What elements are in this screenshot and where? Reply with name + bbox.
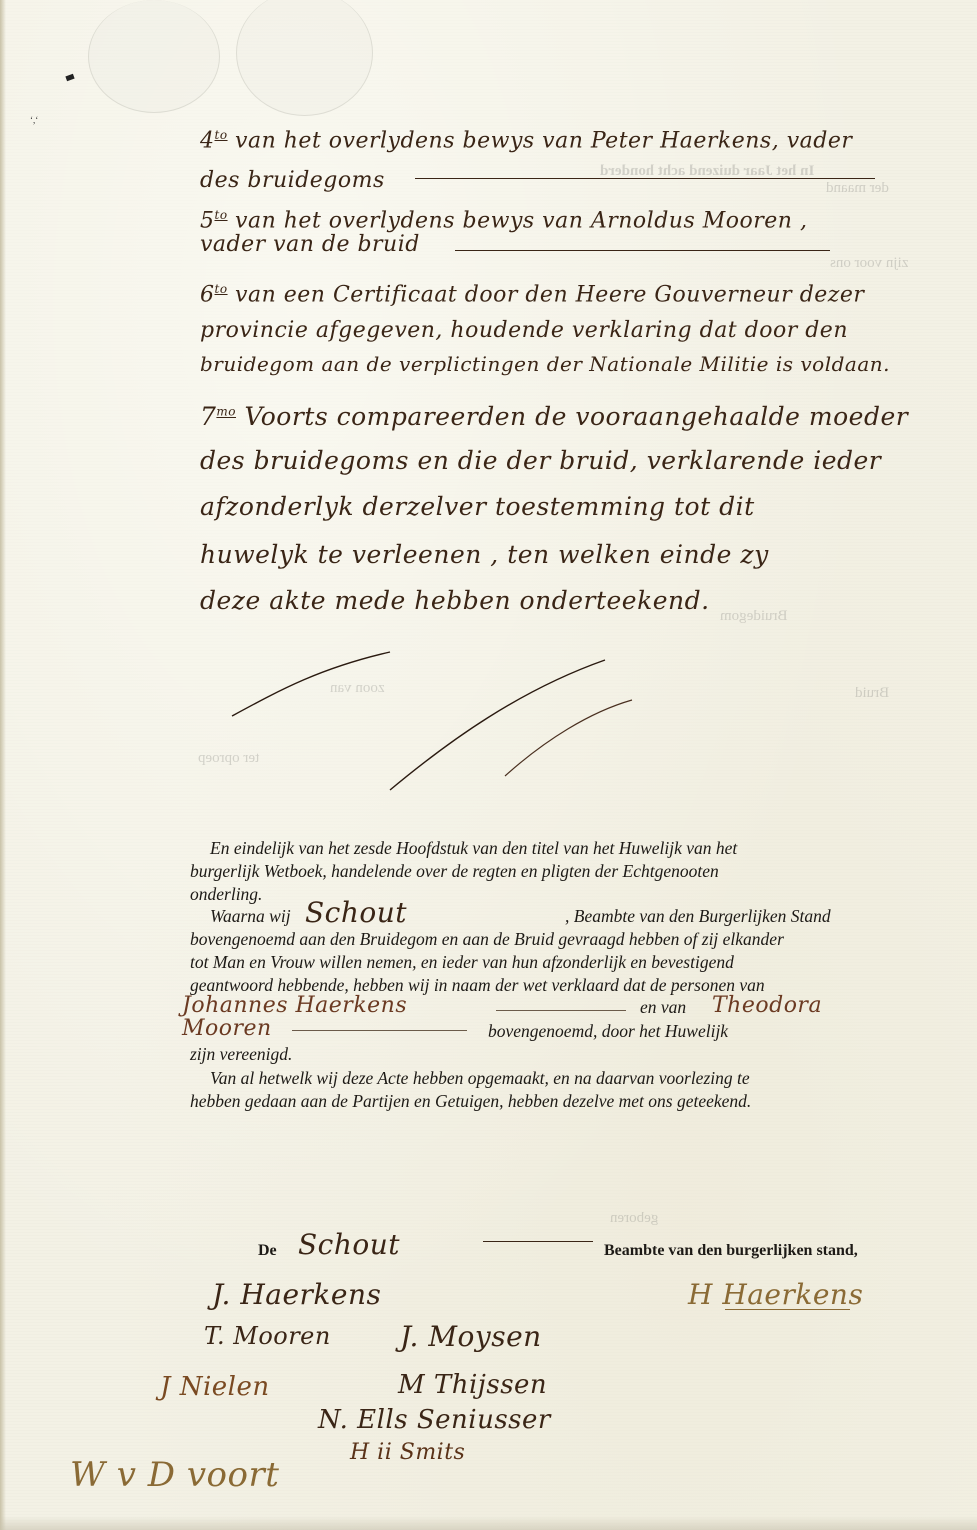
printed-line: onderling. (190, 884, 262, 905)
printed-line: bovengenoemd, door het Huwelijk (488, 1021, 728, 1042)
printed-line: hebben gedaan aan de Partijen en Getuige… (190, 1091, 751, 1112)
printed-line: Waarna wij (210, 906, 291, 927)
signature-m-thijssen: M Thijssen (398, 1370, 547, 1400)
signature-w-v-d-voort: W v D voort (70, 1455, 279, 1495)
signature-h-smits: H ii Smits (350, 1440, 465, 1465)
sig-de: De (258, 1242, 277, 1260)
sig-beambte: Beambte van den burgerlijken stand, (604, 1242, 858, 1260)
signature-n-ells: N. Ells Seniusser (318, 1405, 551, 1435)
fill-line (483, 1241, 593, 1242)
printed-line: Van al hetwelk wij deze Acte hebben opge… (210, 1068, 750, 1089)
printed-line: zijn vereenigd. (190, 1044, 292, 1065)
ghost-text: geboren (610, 1210, 658, 1227)
bride-first-name: Theodora (712, 993, 822, 1018)
fill-line (292, 1030, 467, 1031)
signature-flourish (725, 1309, 850, 1310)
official-title-handwritten: Schout (298, 1228, 400, 1261)
printed-line: burgerlijk Wetboek, handelende over de r… (190, 861, 719, 882)
bride-last-name: Mooren (182, 1016, 272, 1041)
signature-h-haerkens: H Haerkens (688, 1278, 863, 1311)
signature-j-moysen: J. Moysen (400, 1320, 542, 1353)
groom-name: Johannes Haerkens (182, 993, 407, 1018)
signature-j-haerkens: J. Haerkens (212, 1278, 381, 1311)
page-bottom-edge (0, 1516, 977, 1530)
document-page: ʻ,ʻ In het Jaar duizend acht honderd der… (0, 0, 977, 1530)
printed-en-van: en van (640, 997, 686, 1018)
filled-official-title: Schout (305, 896, 407, 929)
printed-line: tot Man en Vrouw willen nemen, en ieder … (190, 952, 734, 973)
signature-t-mooren: T. Mooren (204, 1322, 331, 1350)
cancel-strokes (0, 0, 977, 860)
fill-line (496, 1010, 626, 1011)
printed-line: bovengenoemd aan den Bruidegom en aan de… (190, 929, 784, 950)
signature-j-nielen: J Nielen (160, 1372, 270, 1402)
printed-line: , Beambte van den Burgerlijken Stand (565, 906, 831, 927)
printed-line: En eindelijk van het zesde Hoofdstuk van… (210, 838, 737, 859)
